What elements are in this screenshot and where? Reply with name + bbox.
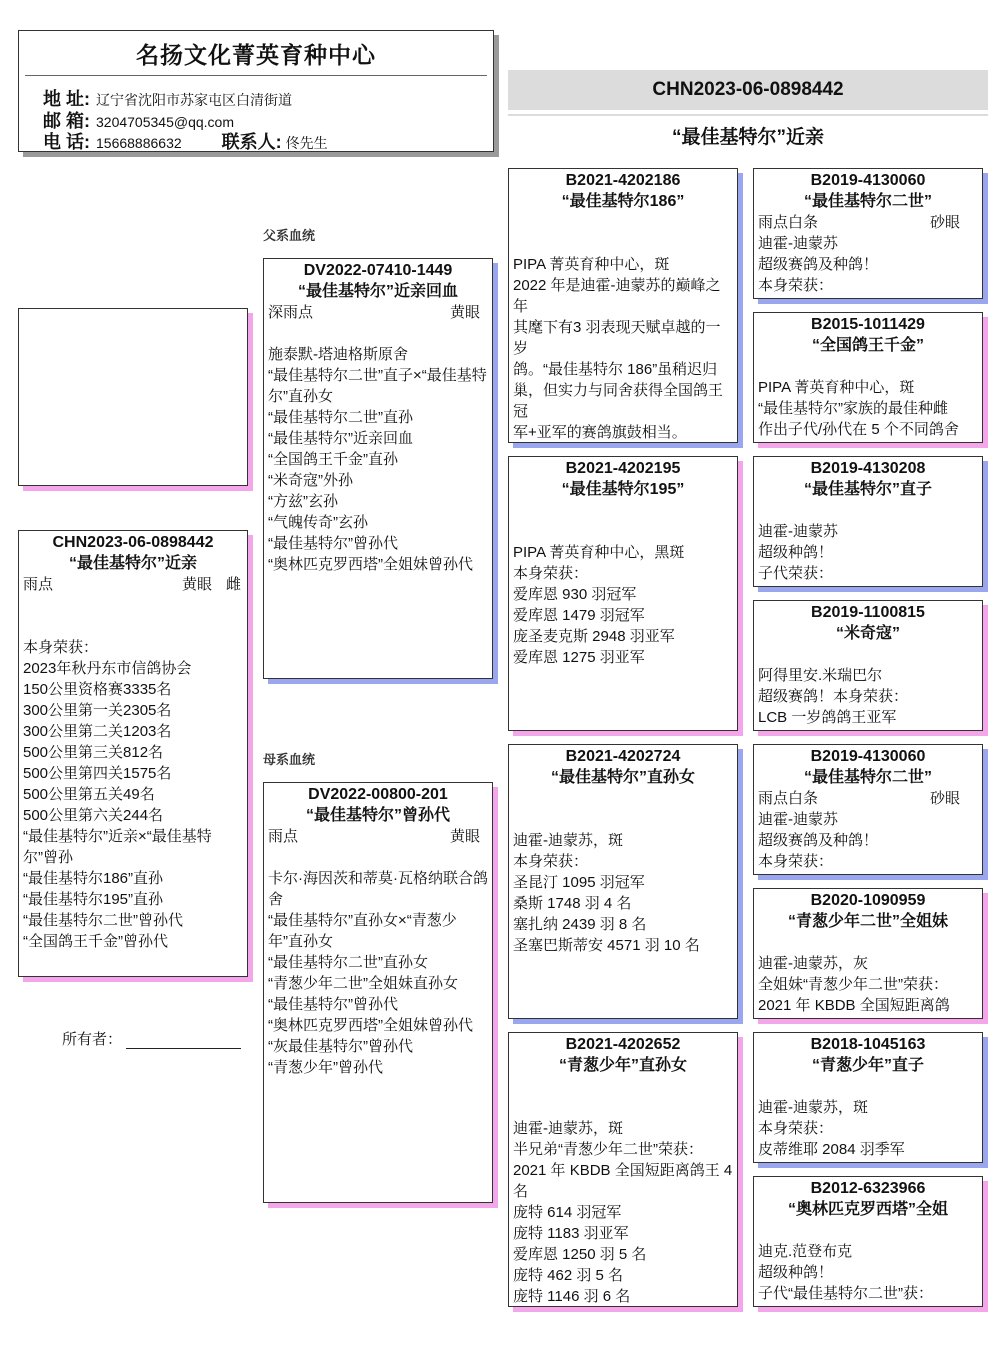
note-line: 半兄弟“青葱少年二世”荣获： [513,1139,733,1160]
banner-divider [508,114,988,116]
ring-number: B2021-4202195 [509,458,737,479]
note-line: 本身荣获： [513,563,733,584]
owner-label: 所有者： [62,1031,122,1048]
pigeon-notes: 阿得里安.米瑞巴尔 超级赛鸽！本身荣获： LCB 一岁鸽鸽王亚军 [754,665,982,728]
note-line: 迪克.范登布克 [758,1241,978,1262]
note-line: “最佳基特尔”曾孙代 [268,533,488,554]
note-line: “青葱少年”曾孙代 [268,1057,488,1078]
note-line: 超级种鸽！ [758,542,978,563]
note-line: “最佳基特尔186”直孙 [23,868,243,889]
pigeon-notes: 迪霍-迪蒙苏 超级种鸽！ 子代荣获： [754,521,982,584]
subject-name: “最佳基特尔”近亲 [19,553,247,574]
note-line: PIPA 菁英育种中心，斑 [758,377,978,398]
note-line: “最佳基特尔”直孙女×“青葱少年”直孙女 [268,910,488,952]
subject-pedigree-card: CHN2023-06-0898442 “最佳基特尔”近亲 雨点 黄眼 雌 本身荣… [18,530,248,977]
grandsire-paternal-card: B2021-4202186 “最佳基特尔186” PIPA 菁英育种中心，斑 2… [508,168,738,443]
note-line: LCB 一岁鸽鸽王亚军 [758,707,978,728]
pigeon-notes: PIPA 菁英育种中心，黑斑 本身荣获： 爱库恩 930 羽冠军 爱库恩 147… [509,542,737,668]
pigeon-color: 雨点白条 [758,788,930,809]
note-line: 庞特 462 羽 5 名 [513,1265,733,1286]
sire-color: 深雨点 [268,302,450,323]
great-grandparent-card: B2019-4130060 “最佳基特尔二世” 雨点白条 砂眼 迪霍-迪蒙苏 超… [753,744,983,875]
header-divider [25,75,487,76]
note-line: 500公里第三关812名 [23,742,243,763]
note-line: “气魄传奇”玄孙 [268,512,488,533]
pigeon-name: “最佳基特尔195” [509,479,737,500]
note-line: 超级种鸽！ [758,1262,978,1283]
ring-number-banner: CHN2023-06-0898442 [508,70,988,110]
note-line: 庞特 1146 羽 6 名 [513,1286,733,1307]
note-line: 迪霍-迪蒙苏 [758,809,978,830]
contact-label: 联系人: [222,132,282,152]
subject-color: 雨点 [23,574,182,595]
ring-number: B2015-1011429 [754,314,982,335]
note-line: 超级赛鸽及种鸽！ [758,254,978,275]
sire-card: DV2022-07410-1449 “最佳基特尔”近亲回血 深雨点 黄眼 施泰默… [263,258,493,679]
pigeon-name: “最佳基特尔二世” [754,191,982,212]
note-line: 子代荣获： [758,563,978,584]
note-line: 圣昆汀 1095 羽冠军 [513,872,733,893]
note-line: “奥林匹克罗西塔”全姐妹曾孙代 [268,554,488,575]
note-line: “全国鸽王千金”曾孙代 [23,931,243,952]
note-line: 本身荣获： [23,637,243,658]
pigeon-notes: 迪霍-迪蒙苏 超级赛鸽及种鸽！ 本身荣获： [754,233,982,296]
note-line: 迪霍-迪蒙苏 [758,233,978,254]
note-line: 迪霍-迪蒙苏，斑 [758,1097,978,1118]
owner-field: 所有者： [62,1028,241,1049]
note-line: 庞特 614 羽冠军 [513,1202,733,1223]
dam-color: 雨点 [268,826,450,847]
sire-attributes: 深雨点 黄眼 [264,302,492,323]
ring-number: B2012-6323966 [754,1178,982,1199]
note-line: 爱库恩 930 羽冠军 [513,584,733,605]
pigeon-name: “青葱少年”直孙女 [509,1055,737,1076]
note-line: “最佳基特尔”家族的最佳种雌 [758,398,978,419]
great-grandparent-card: B2019-4130060 “最佳基特尔二世” 雨点白条 砂眼 迪霍-迪蒙苏 超… [753,168,983,299]
pigeon-color: 雨点白条 [758,212,930,233]
note-line: 300公里第二关1203名 [23,721,243,742]
pigeon-name: “最佳基特尔二世” [754,767,982,788]
note-line: 本身荣获： [758,275,978,296]
note-line: 本身荣获： [758,1118,978,1139]
note-line: 全姐妹“青葱少年二世”荣获： [758,974,978,995]
pigeon-name: “青葱少年”直子 [754,1055,982,1076]
note-line: 迪霍-迪蒙苏，斑 [513,1118,733,1139]
note-line: “最佳基特尔二世”曾孙代 [23,910,243,931]
note-line: PIPA 菁英育种中心，黑斑 [513,542,733,563]
note-line: 500公里第四关1575名 [23,763,243,784]
note-line: PIPA 菁英育种中心，斑 [513,254,733,275]
note-line: 作出子代/孙代在 5 个不同鸽舍 [758,419,978,440]
dam-line-label: 母系血统 [263,749,315,768]
note-line: 超级赛鸽！本身荣获： [758,686,978,707]
note-line: 施泰默-塔迪格斯原舍 [268,344,488,365]
ring-number: B2019-4130208 [754,458,982,479]
owner-signature-line [126,1034,241,1049]
note-line: 超级赛鸽及种鸽！ [758,830,978,851]
note-line: 庞特 1183 羽亚军 [513,1223,733,1244]
pigeon-photo-placeholder [18,308,248,486]
pigeon-name: “米奇寇” [754,623,982,644]
pigeon-name: “奥林匹克罗西塔”全姐 [754,1199,982,1220]
ring-number: B2021-4202652 [509,1034,737,1055]
ring-number: B2021-4202186 [509,170,737,191]
note-line: 爱库恩 1479 羽冠军 [513,605,733,626]
phone-row: 电 话:15668886632联系人:佟先生 [43,128,328,152]
note-line: 圣塞巴斯蒂安 4571 羽 10 名 [513,935,733,956]
ring-number: B2021-4202724 [509,746,737,767]
note-line: “最佳基特尔195”直孙 [23,889,243,910]
address-label: 地 址: [43,89,90,109]
granddam-maternal-card: B2021-4202652 “青葱少年”直孙女 迪霍-迪蒙苏，斑 半兄弟“青葱少… [508,1032,738,1307]
dam-name: “最佳基特尔”曾孙代 [264,805,492,826]
note-line: 军+亚军的赛鸽旗鼓相当。 [513,422,733,443]
pigeon-notes: PIPA 菁英育种中心，斑 2022 年是迪霍-迪蒙苏的巅峰之年 其麾下有3 羽… [509,254,737,443]
pigeon-name: “最佳基特尔186” [509,191,737,212]
breeder-header-card: 名扬文化菁英育种中心 地 址:辽宁省沈阳市苏家屯区白清街道 邮 箱:320470… [18,30,494,152]
phone-value: 15668886632 [96,135,182,151]
pigeon-notes: 迪克.范登布克 超级种鸽！ 子代“最佳基特尔二世”获： [754,1241,982,1304]
ring-number: B2019-4130060 [754,170,982,191]
great-grandparent-card: B2015-1011429 “全国鸽王千金” PIPA 菁英育种中心，斑 “最佳… [753,312,983,443]
grandsire-maternal-card: B2021-4202724 “最佳基特尔”直孙女 迪霍-迪蒙苏，斑 本身荣获： … [508,744,738,1019]
note-line: 鸽。“最佳基特尔 186”虽稍迟归巢，但实力与同舍获得全国鸽王冠 [513,359,733,422]
dam-attributes: 雨点 黄眼 [264,826,492,847]
pigeon-notes: PIPA 菁英育种中心，斑 “最佳基特尔”家族的最佳种雌 作出子代/孙代在 5 … [754,377,982,440]
pigeon-name: “青葱少年二世”全姐妹 [754,911,982,932]
dam-card: DV2022-00800-201 “最佳基特尔”曾孙代 雨点 黄眼 卡尔·海因茨… [263,782,493,1203]
pigeon-eye: 砂眼 [930,212,960,233]
sire-name: “最佳基特尔”近亲回血 [264,281,492,302]
ring-number: B2020-1090959 [754,890,982,911]
note-line: 迪霍-迪蒙苏，斑 [513,830,733,851]
pigeon-notes: 迪霍-迪蒙苏，斑 半兄弟“青葱少年二世”荣获： 2021 年 KBDB 全国短距… [509,1118,737,1307]
breeder-name: 名扬文化菁英育种中心 [19,37,493,70]
note-line: 300公里第一关2305名 [23,700,243,721]
sire-line-label: 父系血统 [263,225,315,244]
subject-eye: 黄眼 [182,574,212,595]
note-line: 2023年秋丹东市信鸽协会 [23,658,243,679]
dam-notes: 卡尔·海因茨和蒂莫·瓦格纳联合鸽舍 “最佳基特尔”直孙女×“青葱少年”直孙女 “… [264,868,492,1078]
note-line: 塞扎纳 2439 羽 8 名 [513,914,733,935]
pigeon-attributes: 雨点白条 砂眼 [754,212,982,233]
ring-number: B2019-1100815 [754,602,982,623]
note-line: 2022 年是迪霍-迪蒙苏的巅峰之年 [513,275,733,317]
note-line: “米奇寇”外孙 [268,470,488,491]
note-line: 桑斯 1748 羽 4 名 [513,893,733,914]
note-line: 本身荣获： [513,851,733,872]
granddam-paternal-card: B2021-4202195 “最佳基特尔195” PIPA 菁英育种中心，黑斑 … [508,456,738,731]
contact-value: 佟先生 [286,135,328,151]
subject-attributes: 雨点 黄眼 雌 [19,574,247,595]
note-line: 其麾下有3 羽表现天赋卓越的一岁 [513,317,733,359]
pigeon-name: “全国鸽王千金” [754,335,982,356]
pigeon-attributes: 雨点白条 砂眼 [754,788,982,809]
note-line: “最佳基特尔二世”直子×“最佳基特尔”直孙女 [268,365,488,407]
pigeon-eye: 砂眼 [930,788,960,809]
note-line: 庞圣麦克斯 2948 羽亚军 [513,626,733,647]
note-line: “全国鸽王千金”直孙 [268,449,488,470]
note-line: 本身荣获： [758,851,978,872]
note-line: 500公里第五关49名 [23,784,243,805]
note-line: 阿得里安.米瑞巴尔 [758,665,978,686]
note-line: 卡尔·海因茨和蒂莫·瓦格纳联合鸽舍 [268,868,488,910]
note-line: 皮蒂维耶 2084 羽季军 [758,1139,978,1160]
note-line: “灰最佳基特尔”曾孙代 [268,1036,488,1057]
phone-label: 电 话: [43,132,90,152]
great-grandparent-card: B2020-1090959 “青葱少年二世”全姐妹 迪霍-迪蒙苏，灰 全姐妹“青… [753,888,983,1019]
note-line: 500公里第六关244名 [23,805,243,826]
note-line: 子代“最佳基特尔二世”获： [758,1283,978,1304]
sire-notes: 施泰默-塔迪格斯原舍 “最佳基特尔二世”直子×“最佳基特尔”直孙女 “最佳基特尔… [264,344,492,575]
note-line: 2021 年 KBDB 全国短距离鸽 [758,995,978,1016]
note-line: “奥林匹克罗西塔”全姐妹曾孙代 [268,1015,488,1036]
sire-eye: 黄眼 [450,302,480,323]
great-grandparent-card: B2018-1045163 “青葱少年”直子 迪霍-迪蒙苏，斑 本身荣获： 皮蒂… [753,1032,983,1163]
note-line: 迪霍-迪蒙苏，灰 [758,953,978,974]
note-line: “方兹”玄孙 [268,491,488,512]
pigeon-notes: 迪霍-迪蒙苏，灰 全姐妹“青葱少年二世”荣获： 2021 年 KBDB 全国短距… [754,953,982,1016]
subject-ring: CHN2023-06-0898442 [19,532,247,553]
note-line: 爱库恩 1250 羽 5 名 [513,1244,733,1265]
note-line: “最佳基特尔”近亲回血 [268,428,488,449]
pigeon-name: “最佳基特尔”直子 [754,479,982,500]
pigeon-notes: 迪霍-迪蒙苏 超级赛鸽及种鸽！ 本身荣获： [754,809,982,872]
address-value: 辽宁省沈阳市苏家屯区白清街道 [96,92,292,108]
pigeon-notes: 迪霍-迪蒙苏，斑 本身荣获： 圣昆汀 1095 羽冠军 桑斯 1748 羽 4 … [509,830,737,956]
note-line: 爱库恩 1275 羽亚军 [513,647,733,668]
great-grandparent-card: B2012-6323966 “奥林匹克罗西塔”全姐 迪克.范登布克 超级种鸽！ … [753,1176,983,1307]
sire-ring: DV2022-07410-1449 [264,260,492,281]
note-line: 150公里资格赛3335名 [23,679,243,700]
great-grandparent-card: B2019-4130208 “最佳基特尔”直子 迪霍-迪蒙苏 超级种鸽！ 子代荣… [753,456,983,587]
dam-eye: 黄眼 [450,826,480,847]
note-line: 迪霍-迪蒙苏 [758,521,978,542]
note-line: 2021 年 KBDB 全国短距离鸽王 4 名 [513,1160,733,1202]
note-line: “青葱少年二世”全姐妹直孙女 [268,973,488,994]
ring-number: B2018-1045163 [754,1034,982,1055]
ring-number: B2019-4130060 [754,746,982,767]
pigeon-name: “最佳基特尔”直孙女 [509,767,737,788]
note-line: “最佳基特尔”曾孙代 [268,994,488,1015]
note-line: “最佳基特尔二世”直孙女 [268,952,488,973]
pigeon-notes: 迪霍-迪蒙苏，斑 本身荣获： 皮蒂维耶 2084 羽季军 [754,1097,982,1160]
dam-ring: DV2022-00800-201 [264,784,492,805]
subject-sex: 雌 [226,574,241,595]
great-grandparent-card: B2019-1100815 “米奇寇” 阿得里安.米瑞巴尔 超级赛鸽！本身荣获：… [753,600,983,731]
note-line: “最佳基特尔”近亲×“最佳基特尔”曾孙 [23,826,243,868]
pigeon-name-title: “最佳基特尔”近亲 [508,122,988,149]
subject-notes: 本身荣获： 2023年秋丹东市信鸽协会 150公里资格赛3335名 300公里第… [19,637,247,952]
note-line: “最佳基特尔二世”直孙 [268,407,488,428]
